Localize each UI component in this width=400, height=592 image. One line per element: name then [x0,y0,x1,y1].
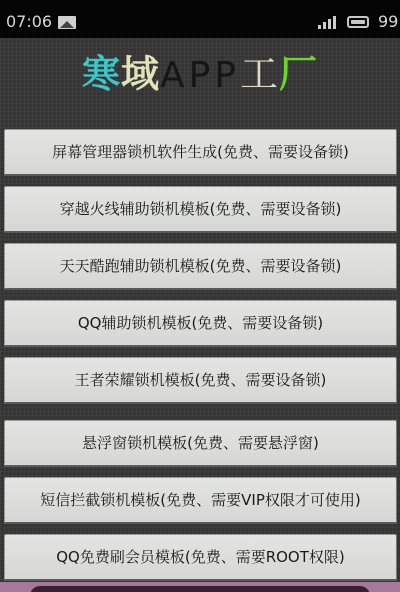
app-title: 寒域APP工厂 [0,50,400,100]
battery-icon [347,16,369,28]
menu-button-floating-window-lock[interactable]: 悬浮窗锁机模板(免费、需要悬浮窗) [4,420,397,467]
menu-button-parkour-helper-lock[interactable]: 天天酷跑辅助锁机模板(免费、需要设备锁) [4,243,397,290]
image-notification-icon [58,16,76,29]
status-bar: 07:06 99 [0,0,400,38]
title-part-3: APP [160,52,240,100]
bottom-panel-partial[interactable] [30,586,370,592]
menu-button-screen-manager-lock[interactable]: 屏幕管理器锁机软件生成(免费、需要设备锁) [4,129,397,176]
title-part-5: 厂 [279,50,318,98]
menu-button-honor-of-kings-lock[interactable]: 王者荣耀锁机模板(免费、需要设备锁) [4,357,397,404]
menu-button-cf-helper-lock[interactable]: 穿越火线辅助锁机模板(免费、需要设备锁) [4,186,397,233]
title-part-4: 工 [240,50,279,98]
title-part-1: 寒 [82,50,121,98]
menu-button-sms-intercept-lock[interactable]: 短信拦截锁机模板(免费、需要VIP权限才可使用) [4,477,397,524]
menu-button-qq-free-vip[interactable]: QQ免费刷会员模板(免费、需要ROOT权限) [4,534,397,581]
signal-icon [318,15,338,29]
status-time: 07:06 [6,12,52,31]
title-part-2: 域 [121,50,160,98]
menu-button-qq-helper-lock[interactable]: QQ辅助锁机模板(免费、需要设备锁) [4,300,397,347]
battery-percent: 99 [378,12,398,31]
